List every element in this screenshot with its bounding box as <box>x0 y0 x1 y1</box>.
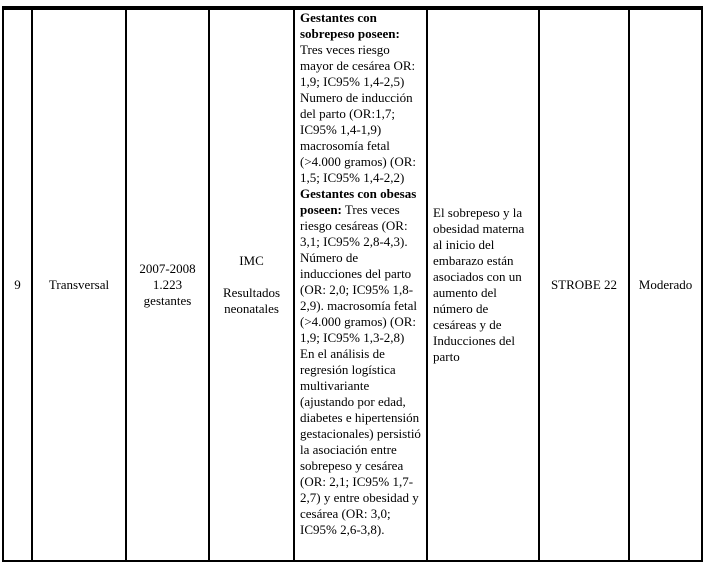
quality-tool: STROBE 22 <box>551 277 617 292</box>
design-cell: Transversal <box>32 9 126 561</box>
results-cell: Gestantes con sobrepeso poseen: Tres vec… <box>294 9 427 561</box>
sample-cell: 2007-2008 1.223 gestantes <box>126 9 209 561</box>
row-number-cell: 9 <box>3 9 32 561</box>
results-overweight-text: Tres veces riesgo mayor de cesárea OR: 1… <box>300 42 416 185</box>
variable-item: Resultados neonatales <box>223 285 280 316</box>
sample-unit: gestantes <box>144 293 192 308</box>
results-heading-overweight: Gestantes con sobrepeso poseen: <box>300 10 400 41</box>
evidence-level: Moderado <box>639 277 692 292</box>
study-design: Transversal <box>49 277 109 292</box>
variable-item: IMC <box>239 253 264 268</box>
evidence-cell: Moderado <box>629 9 702 561</box>
row-number: 9 <box>14 277 21 292</box>
results-obese-text: Tres veces riesgo cesáreas (OR: 3,1; IC9… <box>300 202 421 537</box>
conclusion-cell: El sobrepeso y la obesidad materna al in… <box>427 9 539 561</box>
study-period: 2007-2008 <box>139 261 195 276</box>
table-row: 9 Transversal 2007-2008 1.223 gestantes … <box>3 9 702 561</box>
quality-cell: STROBE 22 <box>539 9 629 561</box>
sample-size: 1.223 <box>153 277 182 292</box>
conclusion-text: El sobrepeso y la obesidad materna al in… <box>433 205 524 364</box>
study-table: 9 Transversal 2007-2008 1.223 gestantes … <box>2 6 703 562</box>
variables-cell: IMC Resultados neonatales <box>209 9 294 561</box>
